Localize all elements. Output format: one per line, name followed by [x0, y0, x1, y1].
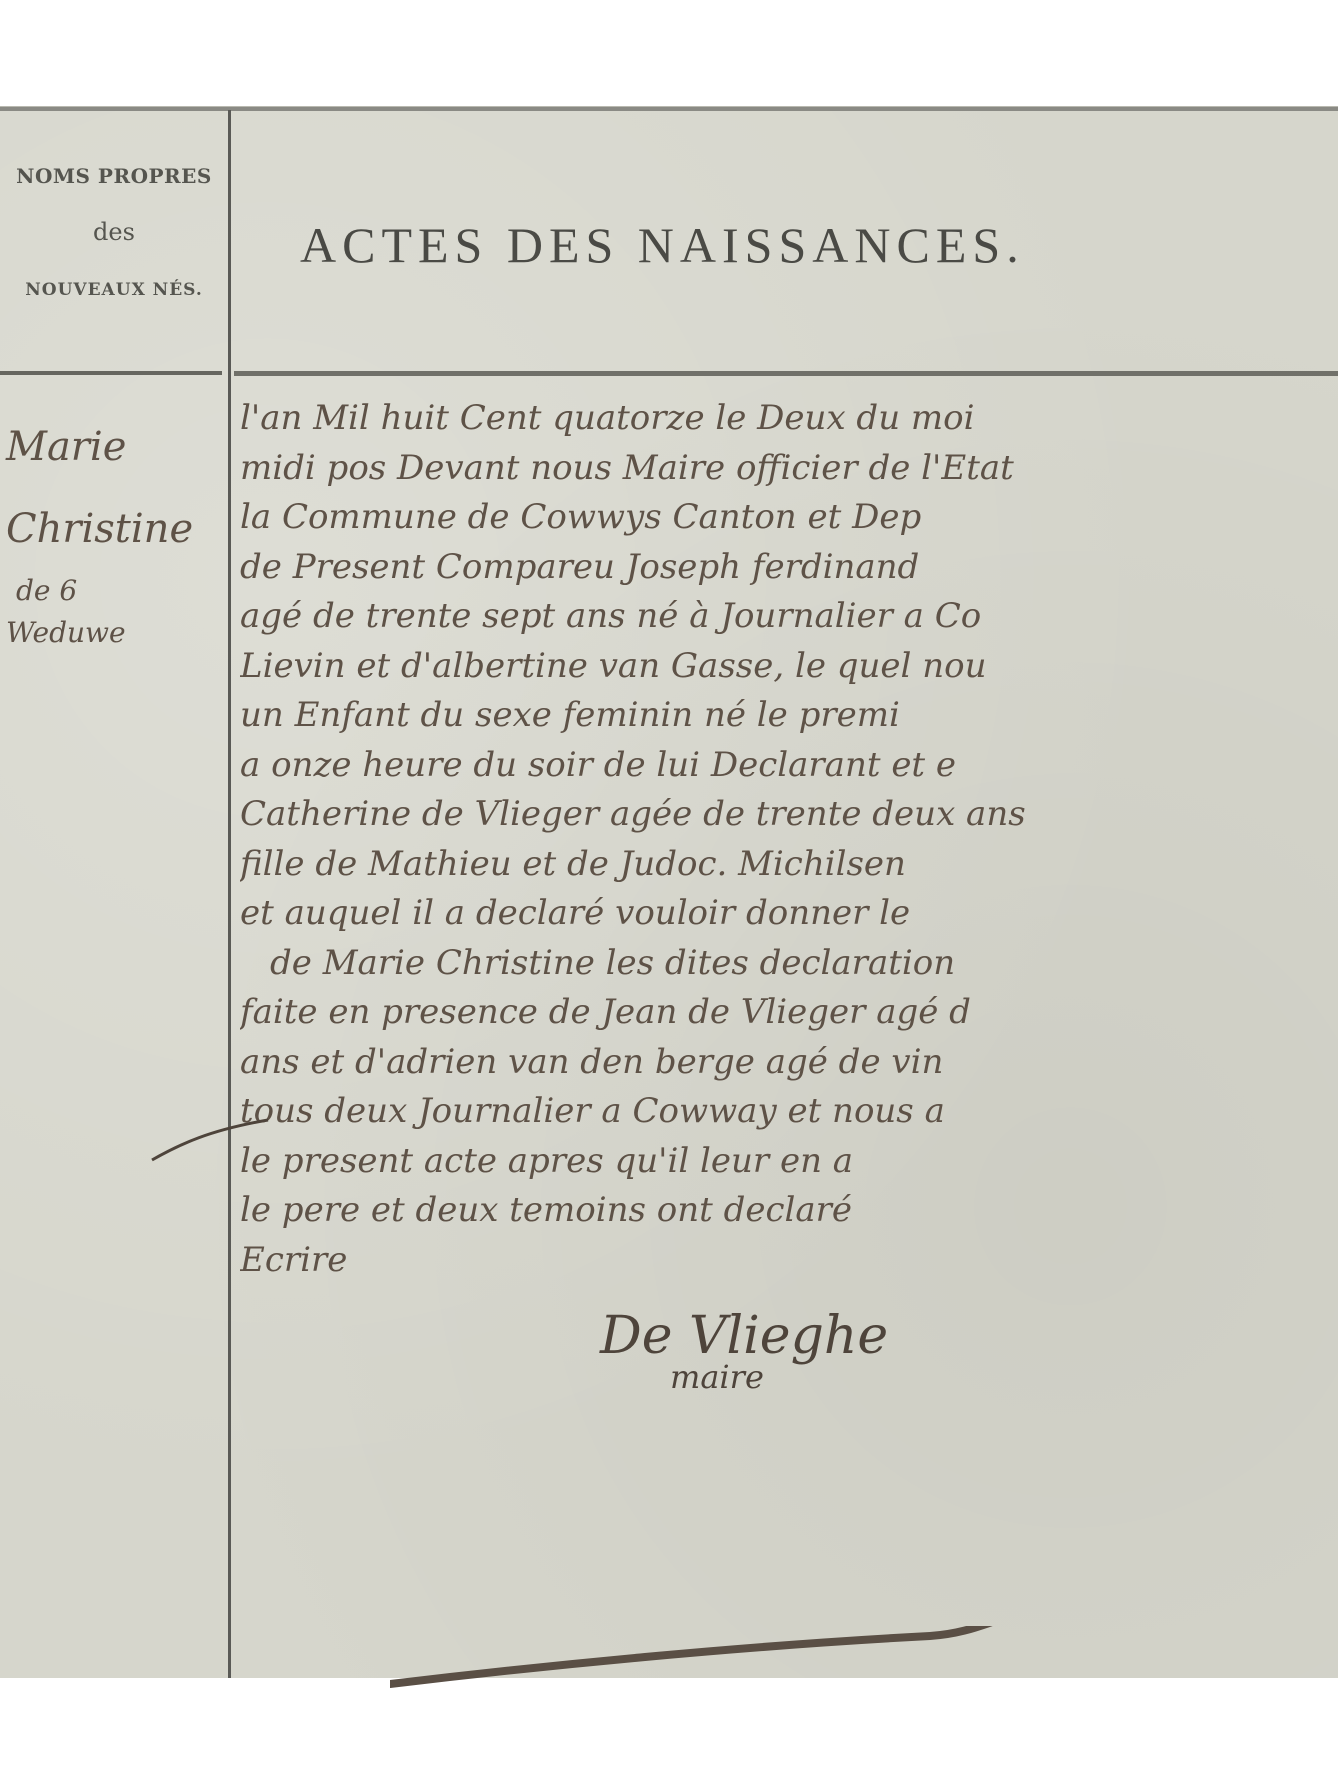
text-line: la Commune de Cowwys Canton et Dep: [240, 493, 1338, 543]
text-line: et auquel il a declaré vouloir donner le: [240, 889, 1338, 939]
header-rule-right: [234, 371, 1338, 376]
top-border-rule: [0, 106, 1338, 111]
text-line: de Marie Christine les dites declaration: [240, 939, 1338, 989]
text-line: le present acte apres qu'il leur en a: [240, 1137, 1338, 1187]
text-line: un Enfant du sexe feminin né le premi: [240, 691, 1338, 741]
column-divider: [228, 110, 231, 1678]
page-title: ACTES DES NAISSANCES.: [300, 216, 1025, 274]
header-rule-left: [0, 371, 222, 375]
margin-note-1: de 6: [16, 570, 193, 612]
text-line: fille de Mathieu et de Judoc. Michilsen: [240, 840, 1338, 890]
text-line: le pere et deux temoins ont declaré: [240, 1186, 1338, 1236]
text-line: l'an Mil huit Cent quatorze le Deux du m…: [240, 394, 1338, 444]
text-line: Lievin et d'albertine van Gasse, le quel…: [240, 642, 1338, 692]
text-line: de Present Compareu Joseph ferdinand: [240, 543, 1338, 593]
signature-flourish: [390, 1626, 1000, 1696]
newborn-second-name: Christine: [6, 488, 193, 570]
text-line: Ecrire: [240, 1236, 1338, 1286]
text-line: midi pos Devant nous Maire officier de l…: [240, 444, 1338, 494]
left-column-header: NOMS PROPRES des NOUVEAUX NÉS.: [0, 146, 228, 300]
newborn-first-name: Marie: [6, 406, 193, 488]
mayor-signature: De Vlieghe maire: [600, 1306, 888, 1396]
newborn-name-entry: Marie Christine de 6 Weduwe: [6, 406, 193, 654]
signature-name: De Vlieghe: [600, 1306, 888, 1366]
birth-act-text: l'an Mil huit Cent quatorze le Deux du m…: [240, 394, 1338, 1285]
header-noms-propres: NOMS PROPRES: [0, 164, 228, 188]
margin-note-2: Weduwe: [6, 612, 193, 654]
header-nouveaux-nes: NOUVEAUX NÉS.: [0, 280, 228, 300]
margin-pen-stroke: [150, 1116, 270, 1166]
text-line: faite en presence de Jean de Vlieger agé…: [240, 988, 1338, 1038]
text-line: agé de trente sept ans né à Journalier a…: [240, 592, 1338, 642]
header-des: des: [0, 218, 228, 246]
text-line: Catherine de Vlieger agée de trente deux…: [240, 790, 1338, 840]
register-page: NOMS PROPRES des NOUVEAUX NÉS. ACTES DES…: [0, 106, 1338, 1678]
text-line: tous deux Journalier a Cowway et nous a: [240, 1087, 1338, 1137]
text-line: ans et d'adrien van den berge agé de vin: [240, 1038, 1338, 1088]
text-line: a onze heure du soir de lui Declarant et…: [240, 741, 1338, 791]
